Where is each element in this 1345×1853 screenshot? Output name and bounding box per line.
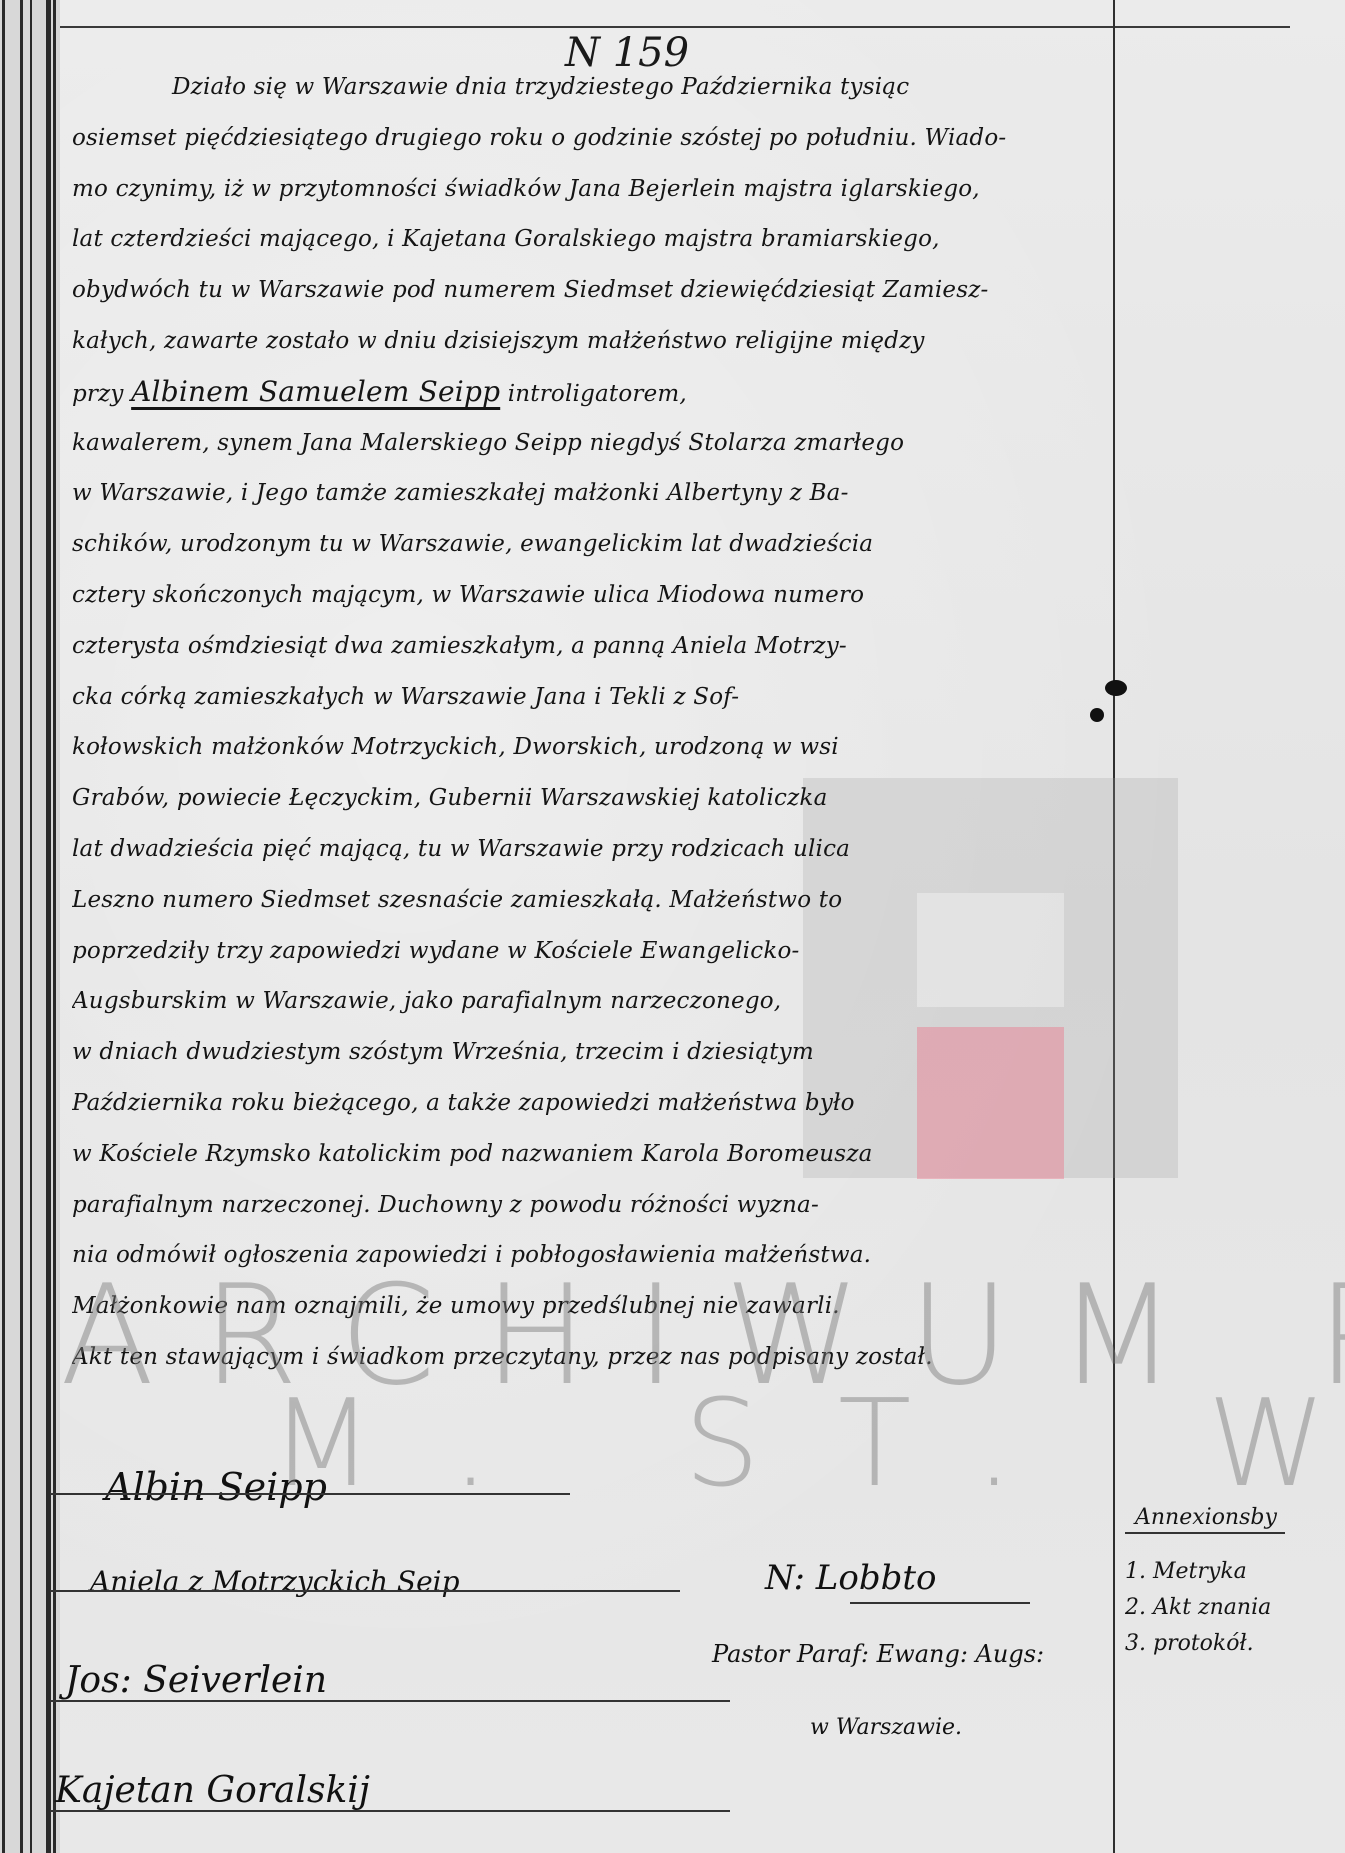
binding-margin — [0, 0, 60, 1853]
signature-line — [50, 1493, 570, 1495]
groom-occupation: introligatorem, — [500, 381, 687, 407]
ink-blot — [1105, 680, 1127, 696]
margin-annotations: Annexionsby 1. Metryka 2. Akt znania 3. … — [1125, 1505, 1335, 1662]
margin-note-item: 1. Metryka — [1125, 1554, 1335, 1590]
document-page: N 159 Działo się w Warszawie dnia trzydz… — [0, 0, 1345, 1853]
body-line: poprzedziły trzy zapowiedzi wydane w Koś… — [72, 926, 1102, 977]
binding-rule — [46, 0, 51, 1853]
signature-line — [50, 1590, 680, 1592]
signature-bride: Aniela z Motrzyckich Seip — [90, 1565, 460, 1598]
body-line: mo czynimy, iż w przytomności świadków J… — [72, 164, 1102, 215]
record-body: Działo się w Warszawie dnia trzydziesteg… — [72, 62, 1102, 1383]
binding-rule — [20, 0, 23, 1853]
margin-notes-title: Annexionsby — [1125, 1505, 1285, 1534]
signature-line — [850, 1602, 1030, 1604]
body-line: osiemset pięćdziesiątego drugiego roku o… — [72, 113, 1102, 164]
margin-note-item: 3. protokół. — [1125, 1626, 1335, 1662]
body-line: w Warszawie, i Jego tamże zamieszkałej m… — [72, 468, 1102, 519]
signature-witness-2: Kajetan Goralskij — [55, 1770, 370, 1811]
body-line: kołowskich małżonków Motrzyckich, Dworsk… — [72, 722, 1102, 773]
body-line: czterysta ośmdziesiąt dwa zamieszkałym, … — [72, 621, 1102, 672]
top-rule — [60, 26, 1290, 28]
body-line: kawalerem, synem Jana Malerskiego Seipp … — [72, 418, 1102, 469]
binding-rule — [53, 0, 56, 1853]
body-line-groom: przy Albinem Samuelem Seipp introligator… — [72, 367, 1102, 418]
ink-blot — [1090, 708, 1104, 722]
body-line: Leszno numero Siedmset szesnaście zamies… — [72, 875, 1102, 926]
body-line: obydwóch tu w Warszawie pod numerem Sied… — [72, 265, 1102, 316]
signature-line — [50, 1700, 730, 1702]
officiant-location: w Warszawie. — [810, 1715, 962, 1740]
signature-officiant: N: Lobbto — [765, 1558, 937, 1598]
body-line: Augsburskim w Warszawie, jako parafialny… — [72, 976, 1102, 1027]
body-line: Października roku bieżącego, a także zap… — [72, 1078, 1102, 1129]
body-line: nia odmówił ogłoszenia zapowiedzi i pobł… — [72, 1230, 1102, 1281]
body-line: lat dwadzieścia pięć mającą, tu w Warsza… — [72, 824, 1102, 875]
body-line: Działo się w Warszawie dnia trzydziesteg… — [72, 62, 1102, 113]
body-line: lat czterdzieści mającego, i Kajetana Go… — [72, 214, 1102, 265]
signature-witness-1: Jos: Seiverlein — [65, 1660, 327, 1701]
officiant-title: Pastor Paraf: Ewang: Augs: — [712, 1640, 1044, 1668]
groom-name-prefix: przy — [72, 381, 131, 407]
groom-name: Albinem Samuelem Seipp — [131, 375, 500, 408]
body-line: Małżonkowie nam oznajmili, że umowy prze… — [72, 1281, 1102, 1332]
body-line: cztery skończonych mającym, w Warszawie … — [72, 570, 1102, 621]
signature-line — [50, 1810, 730, 1812]
binding-rule — [30, 0, 32, 1853]
margin-note-item: 2. Akt znania — [1125, 1590, 1335, 1626]
body-line: w dniach dwudziestym szóstym Września, t… — [72, 1027, 1102, 1078]
body-line: w Kościele Rzymsko katolickim pod nazwan… — [72, 1129, 1102, 1180]
body-line: schików, urodzonym tu w Warszawie, ewang… — [72, 519, 1102, 570]
body-line: parafialnym narzeczonej. Duchowny z powo… — [72, 1180, 1102, 1231]
binding-rule — [2, 0, 5, 1853]
signature-groom: Albin Seipp — [105, 1465, 327, 1509]
body-line: kałych, zawarte zostało w dniu dzisiejsz… — [72, 316, 1102, 367]
body-line: Akt ten stawającym i świadkom przeczytan… — [72, 1332, 1102, 1383]
body-line: Grabów, powiecie Łęczyckim, Gubernii War… — [72, 773, 1102, 824]
body-line: cka córką zamieszkałych w Warszawie Jana… — [72, 672, 1102, 723]
